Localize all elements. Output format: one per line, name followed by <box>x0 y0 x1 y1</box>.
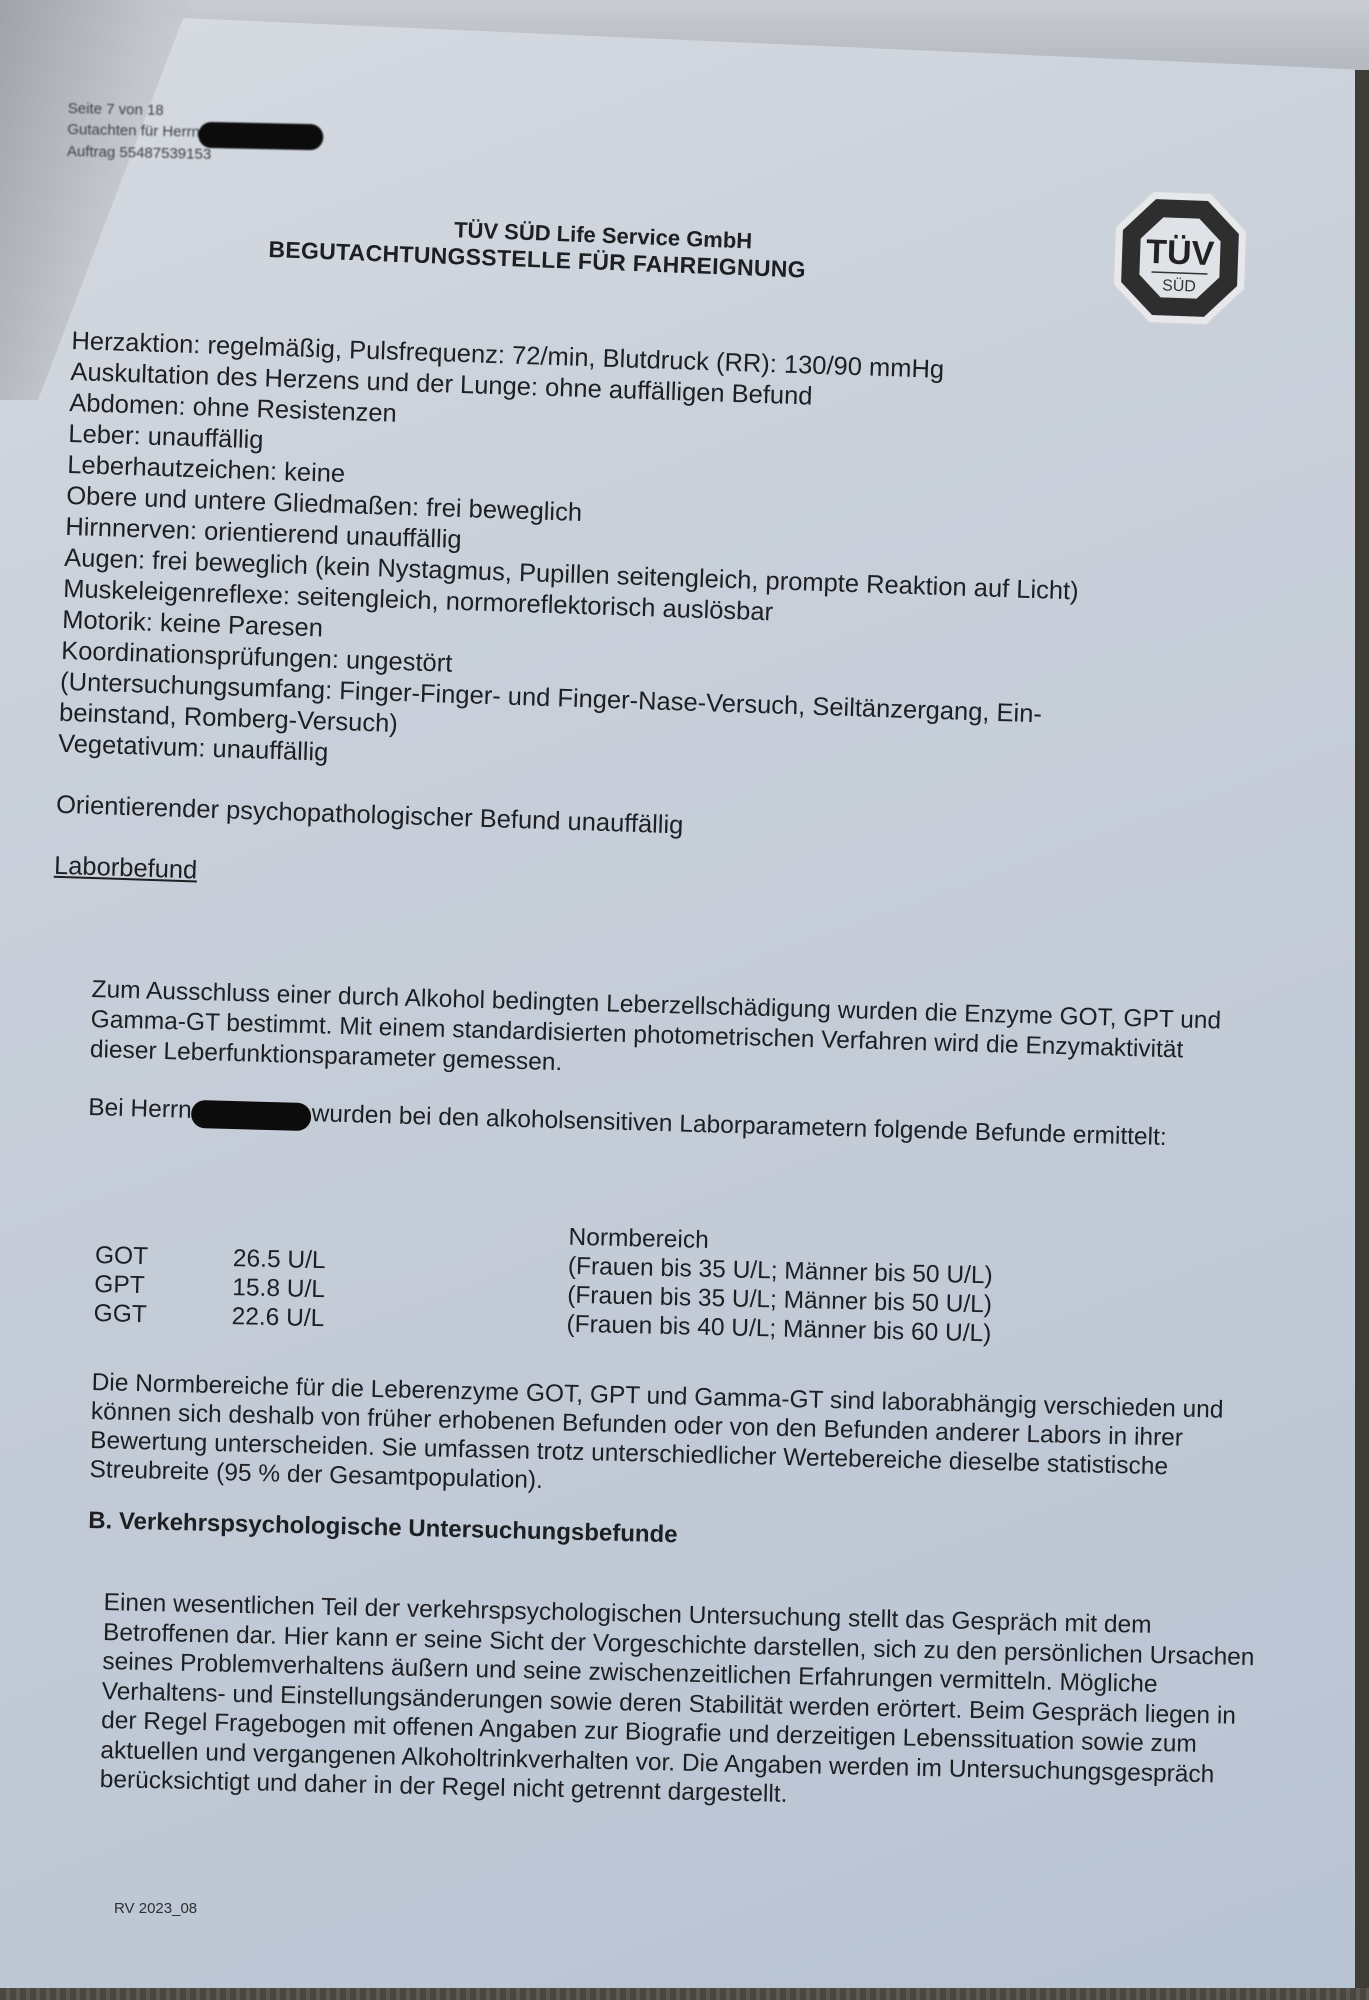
document-version: RV 2023_08 <box>114 1900 197 1917</box>
results-prefix: Bei Herrn <box>88 1094 192 1124</box>
medical-findings: Herzaktion: regelmäßig, Pulsfrequenz: 72… <box>54 326 1222 920</box>
redaction-mark <box>198 122 324 151</box>
svg-text:SÜD: SÜD <box>1162 276 1196 295</box>
results-suffix: wurden bei den alkoholsensitiven Laborpa… <box>311 1100 1167 1151</box>
lab-results-table: Normbereich GOT 26.5 U/L (Frauen bis 35 … <box>93 1212 993 1348</box>
tuv-sud-octagon-logo-icon: TÜV SÜD <box>1108 186 1253 331</box>
lab-intro-text: Zum Ausschluss einer durch Alkohol bedin… <box>89 975 1231 1097</box>
section-b-body: Einen wesentlichen Teil der verkehrspsyc… <box>99 1588 1263 1820</box>
page-meta: Seite 7 von 18 Gutachten für Herrn Auftr… <box>67 100 324 165</box>
enzyme-name: GOT <box>95 1241 234 1273</box>
report-for-label: Gutachten für Herrn <box>67 121 200 141</box>
redaction-mark <box>191 1099 312 1130</box>
document-header: TÜV SÜD Life Service GmbH BEGUTACHTUNGSS… <box>268 210 807 284</box>
document-content: Seite 7 von 18 Gutachten für Herrn Auftr… <box>0 0 1369 2000</box>
lab-results-intro: Bei Herrnwurden bei den alkoholsensitive… <box>88 1093 1228 1155</box>
enzyme-name: GGT <box>93 1299 232 1331</box>
lab-intro: Zum Ausschluss einer durch Alkohol bedin… <box>87 975 1231 1183</box>
norm-note-block: Die Normbereiche für die Leberenzyme GOT… <box>88 1368 1252 1563</box>
norm-note: Die Normbereiche für die Leberenzyme GOT… <box>89 1368 1251 1512</box>
svg-text:TÜV: TÜV <box>1146 233 1216 273</box>
enzyme-name: GPT <box>94 1270 233 1302</box>
section-b-title: B. Verkehrspsychologische Untersuchungsb… <box>88 1506 1248 1563</box>
norm-header: Normbereich <box>568 1223 709 1255</box>
enzyme-value: 22.6 U/L <box>231 1302 567 1339</box>
section-b-text: Einen wesentlichen Teil der verkehrspsyc… <box>99 1588 1263 1820</box>
